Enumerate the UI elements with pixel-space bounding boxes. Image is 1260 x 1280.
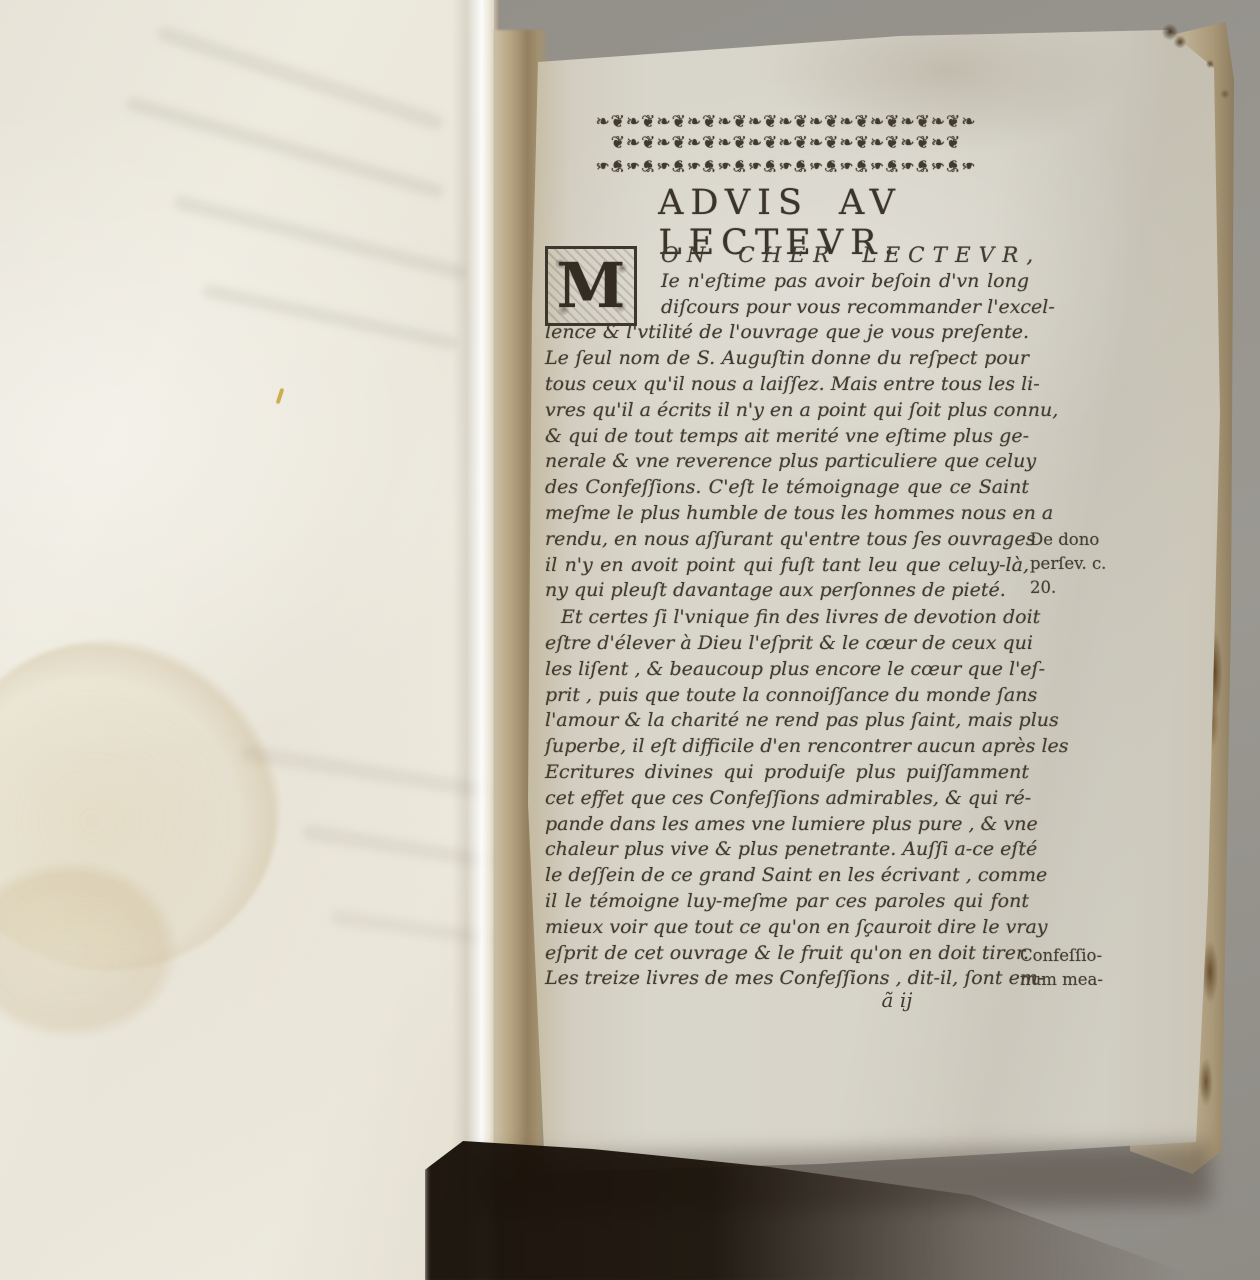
head-ornament-band: ❧❦❧❦❧❦❧❦❧❦❧❦❧❦❧❦❧❦❧❦❧❦❧❦❧ ❦❧❦❧❦❧❦❧❦❧❦❧❦❧…: [548, 112, 1024, 175]
photo-background: ❧❦❧❦❧❦❧❦❧❦❧❦❧❦❧❦❧❦❧❦❧❦❧❦❧ ❦❧❦❧❦❧❦❧❦❧❦❧❦❧…: [0, 0, 1260, 1280]
margin-note-line: num mea-: [1020, 968, 1120, 992]
body-line: ny qui pleuſt davantage aux perſonnes de…: [545, 578, 1029, 604]
body-line: pande dans les ames vne lumiere plus pur…: [545, 812, 1029, 838]
body-line: Les treize livres de mes Confeſſions , d…: [545, 966, 1029, 992]
body-line: Le ſeul nom de S. Auguſtin donne du reſp…: [545, 346, 1029, 372]
body-line: rendu, en nous aſſurant qu'entre tous ſe…: [545, 527, 1029, 553]
body-line: l'amour & la charité ne rend pas plus ſa…: [545, 708, 1029, 734]
margin-note-line: Confeſſio-: [1020, 944, 1120, 968]
margin-note-citation: De dono perſev. c. 20.: [1030, 528, 1122, 600]
body-line: des Confeſſions. C'eſt le témoignage que…: [545, 475, 1029, 501]
body-line: les liſent , & beaucoup plus encore le c…: [545, 657, 1029, 683]
body-line: eſtre d'élever à Dieu l'eſprit & le cœur…: [545, 631, 1029, 657]
page-curl-highlight: [452, 0, 500, 1280]
body-line: Et certes ſi l'vnique fin des livres de …: [545, 605, 1029, 631]
body-line: chaleur plus vive & plus penetrante. Auſ…: [545, 837, 1029, 863]
body-line: meſme le plus humble de tous les hommes …: [545, 501, 1029, 527]
ornament-row: ❧❦❧❦❧❦❧❦❧❦❧❦❧❦❧❦❧❦❧❦❧❦❧❦❧: [548, 112, 1024, 133]
worn-corner: [1140, 24, 1240, 134]
body-line: il le témoigne luy-meſme par ces paroles…: [545, 889, 1029, 915]
ornament-row: ❧❦❧❦❧❦❧❦❧❦❧❦❧❦❧❦❧❦❧❦❧❦❧❦❧: [548, 154, 1024, 175]
body-line: nerale & vne reverence plus particuliere…: [545, 449, 1029, 475]
body-line: mieux voir que tout ce qu'on en ſçauroit…: [545, 915, 1029, 941]
margin-note-line: De dono: [1030, 528, 1122, 552]
body-line: & qui de tout temps ait merité vne eſtim…: [545, 424, 1029, 450]
body-line: Ecritures divines qui produiſe plus puiſ…: [545, 760, 1029, 786]
body-line: le deſſein de ce grand Saint en les écri…: [545, 863, 1029, 889]
margin-note-line: perſev. c.: [1030, 552, 1122, 576]
paragraph-1: M ON CHER LECTEVR, Ie n'eſtime pas avoir…: [545, 243, 1029, 604]
body-line: eſprit de cet ouvrage & le fruit qu'on e…: [545, 941, 1029, 967]
body-line: il n'y en avoit point qui fuſt tant leu …: [545, 553, 1029, 579]
left-verso-page: [0, 0, 494, 1280]
body-line: cet effet que ces Confeſſions admirables…: [545, 786, 1029, 812]
margin-note-citation: Confeſſio- num mea-: [1020, 944, 1120, 992]
body-line: prit , puis que toute la connoiſſance du…: [545, 683, 1029, 709]
body-line: tous ceux qu'il nous a laiſſez. Mais ent…: [545, 372, 1029, 398]
woodcut-drop-cap: M: [545, 246, 637, 326]
paragraph-2: Et certes ſi l'vnique fin des livres de …: [545, 605, 1029, 992]
signature-mark: ã ij: [862, 988, 932, 1012]
ornament-row: ❦❧❦❧❦❧❦❧❦❧❦❧❦❧❦❧❦❧❦❧❦❧❦: [548, 133, 1024, 154]
body-line: ſuperbe, il eſt difficile d'en rencontre…: [545, 734, 1029, 760]
text-block: M ON CHER LECTEVR, Ie n'eſtime pas avoir…: [545, 243, 1029, 992]
margin-note-line: 20.: [1030, 576, 1122, 600]
body-line: vres qu'il a écrits il n'y en a point qu…: [545, 398, 1029, 424]
